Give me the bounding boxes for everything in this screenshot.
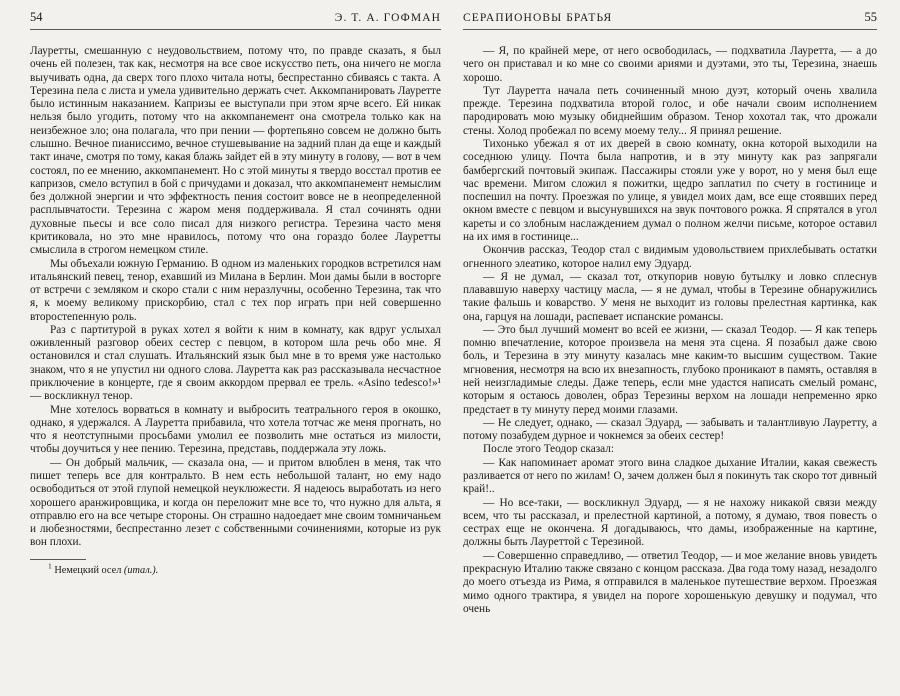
page-number-right: 55 (865, 10, 878, 25)
paragraph: — Он добрый мальчик, — сказала она, — и … (30, 457, 441, 550)
page-body-left: Лауретты, смешанную с неудовольствием, п… (30, 45, 441, 577)
paragraph: После этого Теодор сказал: (463, 443, 877, 456)
footnote-separator-rule (30, 559, 86, 560)
page-number-left: 54 (30, 10, 43, 25)
paragraph: — Я, по крайней мере, от него освободила… (463, 45, 877, 85)
paragraph: — Не следует, однако, — сказал Эдуард, —… (463, 417, 877, 444)
paragraph: Раз с партитурой в руках хотел я войти к… (30, 324, 441, 404)
paragraph: — Как напоминает аромат этого вина сладк… (463, 457, 877, 497)
paragraph: Окончив рассказ, Теодор стал с видимым у… (463, 244, 877, 271)
footnote-text: 1 Немецкий осел (итал.). (30, 565, 441, 578)
paragraph: — Но все-таки, — воскликнул Эдуард, — я … (463, 497, 877, 550)
paragraph: Тихонько убежал я от их дверей в свою ко… (463, 138, 877, 244)
footnote-language-note: (итал.). (124, 565, 158, 576)
running-head-right: СЕРАПИОНОВЫ БРАТЬЯ 55 (463, 10, 877, 30)
paragraph: Тут Лауретта начала петь сочиненный мною… (463, 85, 877, 138)
paragraph: — Совершенно справедливо, — ответил Теод… (463, 550, 877, 616)
page-body-right: — Я, по крайней мере, от него освободила… (463, 45, 877, 616)
book-spread: { "colors": { "paper": "#f2f1ee", "ink":… (0, 0, 900, 696)
page-right: СЕРАПИОНОВЫ БРАТЬЯ 55 — Я, по крайней ме… (463, 0, 877, 696)
paragraph: — Я не думал, — сказал тот, откупорив но… (463, 271, 877, 324)
running-head-author: Э. Т. А. ГОФМАН (335, 12, 441, 24)
paragraph: Лауретты, смешанную с неудовольствием, п… (30, 45, 441, 258)
paragraph: — Это был лучший момент во всей ее жизни… (463, 324, 877, 417)
page-left: 54 Э. Т. А. ГОФМАН Лауретты, смешанную с… (30, 0, 441, 696)
paragraph: Мы объехали южную Германию. В одном из м… (30, 258, 441, 324)
footnote: 1 Немецкий осел (итал.). (30, 559, 441, 578)
running-head-book-title: СЕРАПИОНОВЫ БРАТЬЯ (463, 12, 612, 24)
paragraph: Мне хотелось ворваться в комнату и выбро… (30, 404, 441, 457)
running-head-left: 54 Э. Т. А. ГОФМАН (30, 10, 441, 30)
